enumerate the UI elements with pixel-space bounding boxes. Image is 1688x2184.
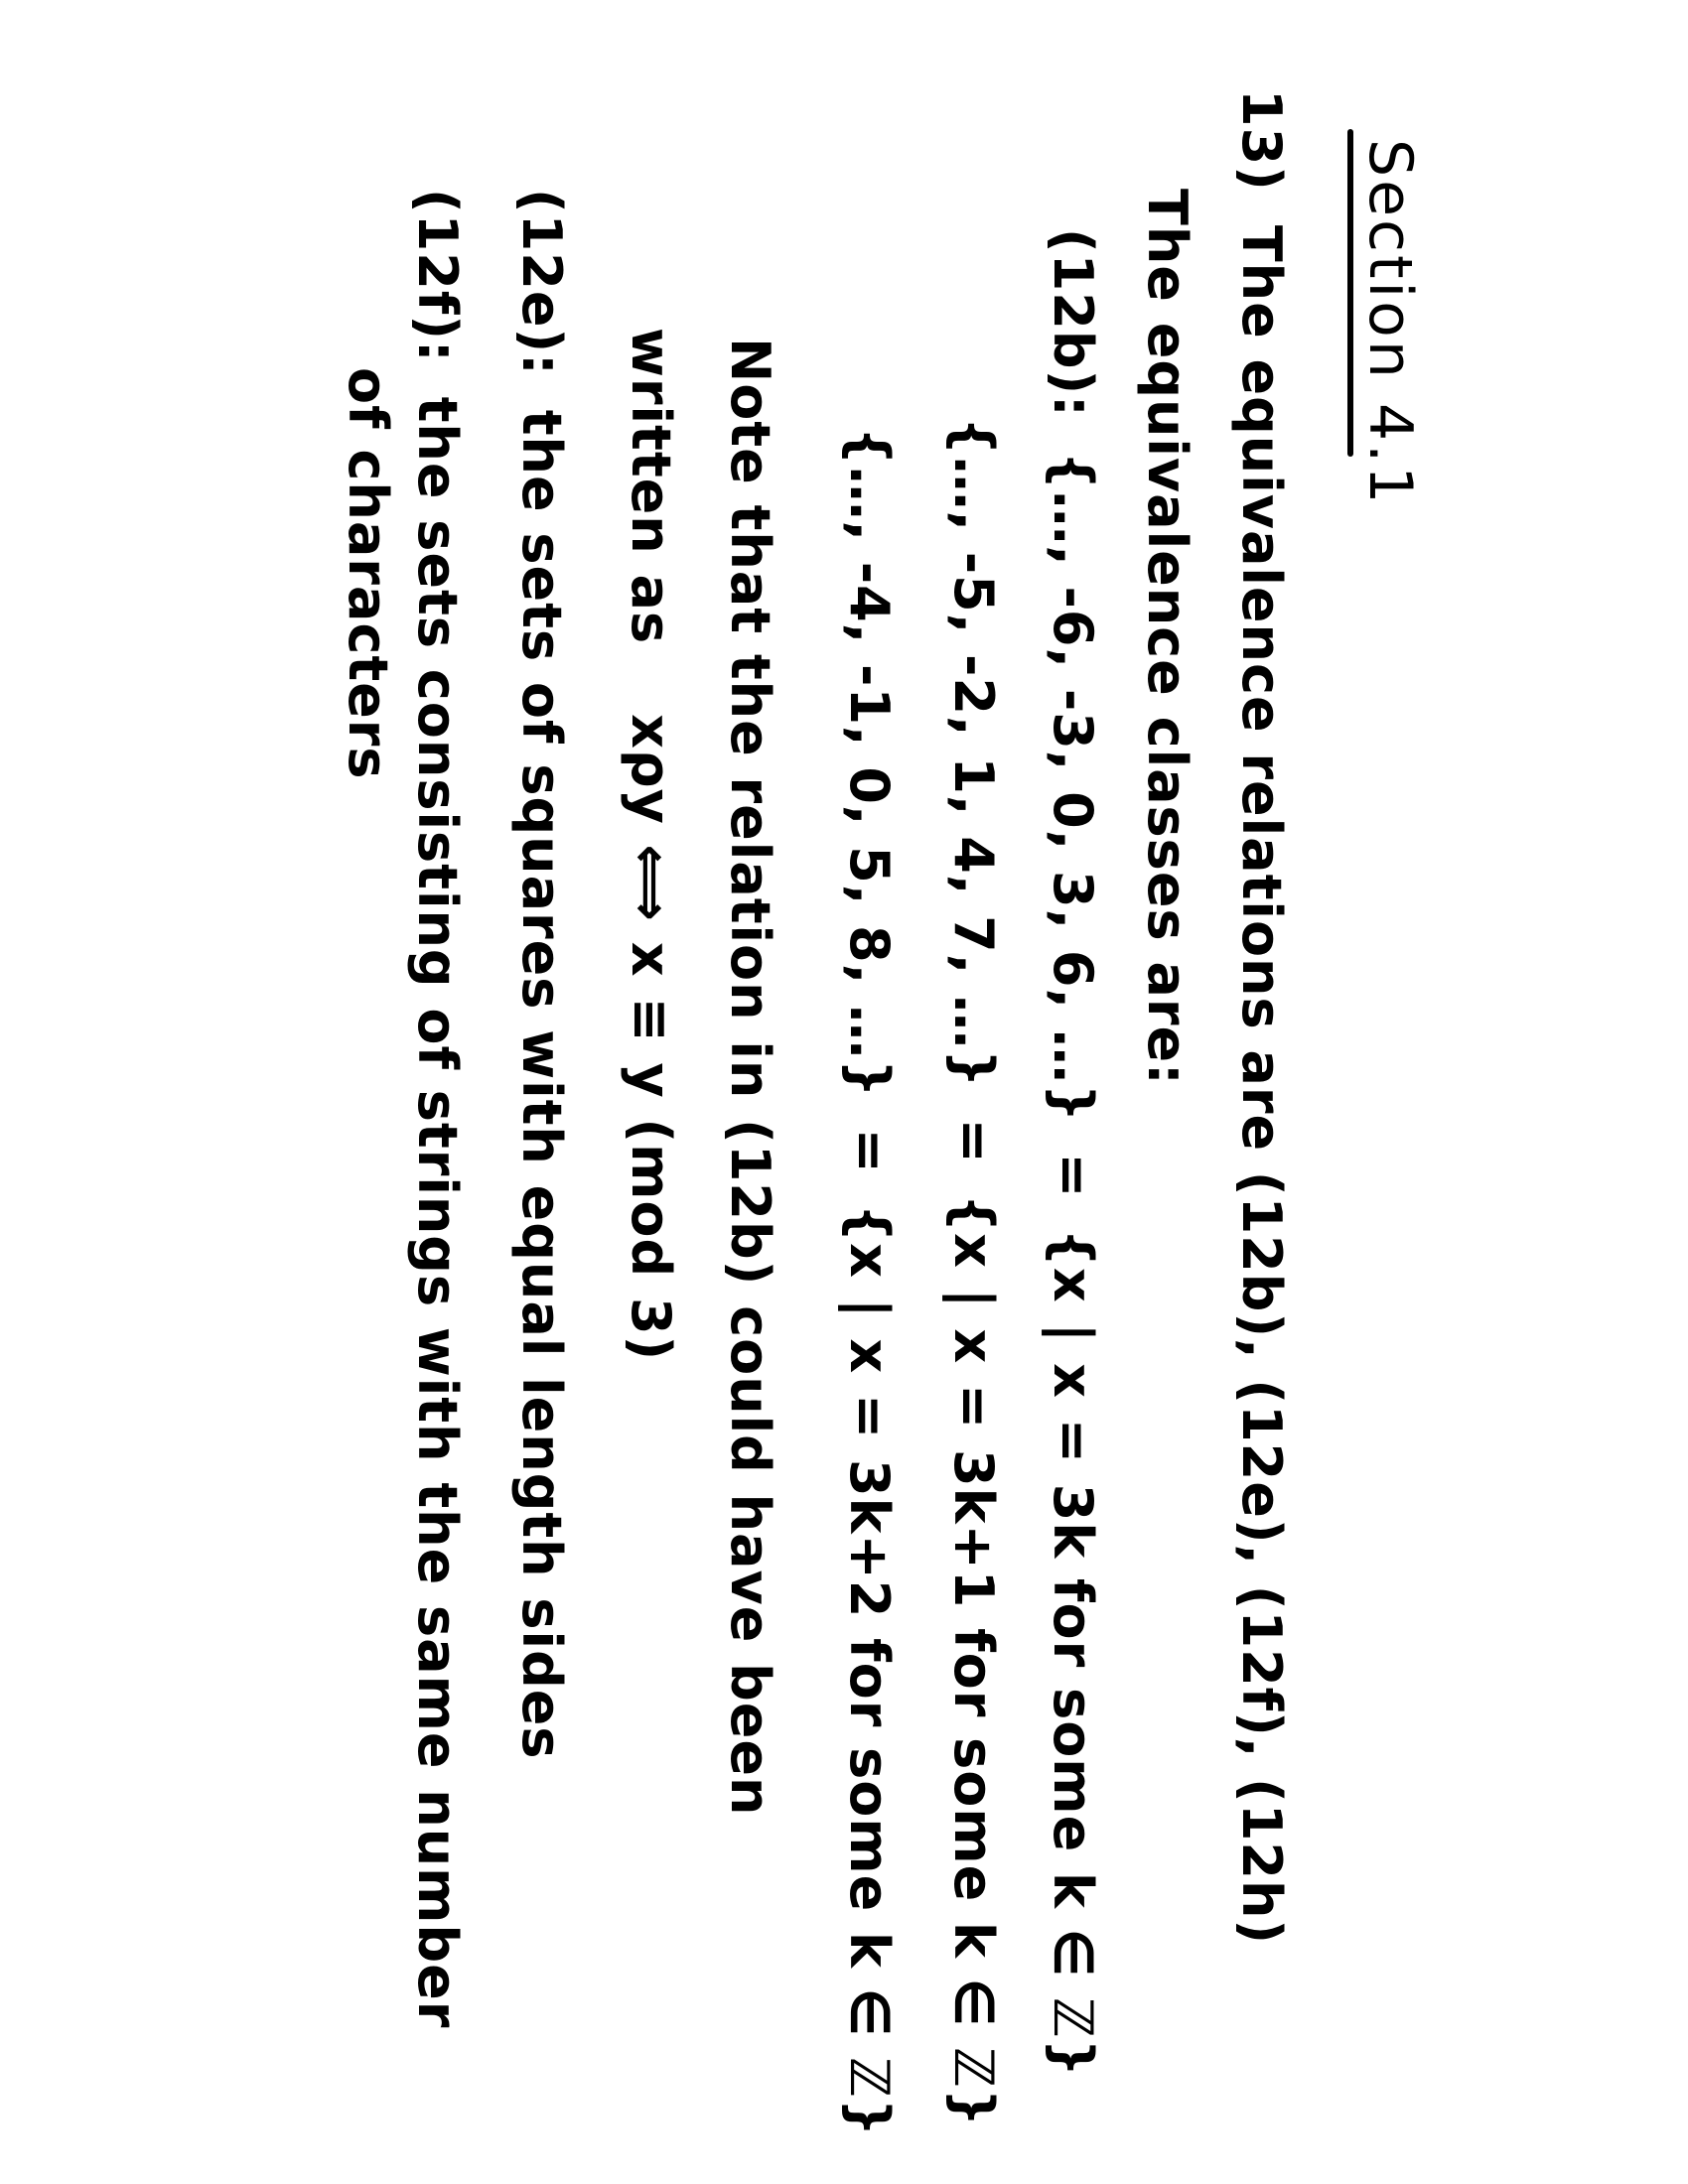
- problem-number: 13): [1230, 89, 1293, 192]
- class-equals-2: =: [942, 1118, 1005, 1163]
- part-12b-label: (12b):: [1042, 228, 1104, 418]
- class-set-3: {…, -4, -1, 0, 5, 8, …}: [838, 427, 901, 1098]
- part-12f-line-2: of characters: [336, 367, 399, 780]
- part-12f-label: (12f):: [406, 189, 469, 363]
- note-line-2: written asxρy ⟺ x ≡ y (mod 3): [619, 328, 682, 1361]
- part-12f-line-1: (12f):the sets consisting of strings wit…: [405, 189, 469, 2028]
- part-12e-label: (12e):: [510, 189, 573, 376]
- note-congruence-expression: xρy ⟺ x ≡ y (mod 3): [620, 714, 682, 1361]
- part-12e-text: the sets of squares with equal length si…: [510, 410, 573, 1760]
- class-row-2: {…, -5, -2, 1, 4, 7, …}={x | x = 3k+1 fo…: [941, 417, 1005, 2127]
- note-line-1: Note that the relation in (12b) could ha…: [718, 338, 781, 1816]
- class-builder-2: {x | x = 3k+1 for some k ∈ ℤ}: [942, 1194, 1005, 2127]
- class-builder-1: {x | x = 3k for some k ∈ ℤ}: [1042, 1228, 1104, 2078]
- part-12f-text-1: the sets consisting of strings with the …: [406, 397, 469, 2029]
- class-set-1: {…, -6, -3, 0, 3, 6, …}: [1042, 452, 1104, 1123]
- class-row-1: (12b):{…, -6, -3, 0, 3, 6, …}={x | x = 3…: [1041, 228, 1104, 2078]
- class-equals-3: =: [838, 1128, 901, 1173]
- handwritten-page: Section 4.1 13)The equivalence relations…: [0, 0, 1688, 2184]
- class-set-2: {…, -5, -2, 1, 4, 7, …}: [942, 417, 1005, 1088]
- class-builder-3: {x | x = 3k+2 for some k ∈ ℤ}: [838, 1204, 901, 2137]
- problem-13-intro: 13)The equivalence relations are (12b), …: [1229, 89, 1293, 1945]
- section-title-underline: [1347, 129, 1353, 457]
- problem-intro-text: The equivalence relations are (12b), (12…: [1230, 225, 1293, 1945]
- section-title: Section 4.1: [1358, 139, 1422, 506]
- class-equals-1: =: [1042, 1153, 1104, 1198]
- class-row-3: {…, -4, -1, 0, 5, 8, …}={x | x = 3k+2 fo…: [837, 427, 901, 2137]
- note-written-as: written as: [620, 328, 682, 644]
- part-12e: (12e):the sets of squares with equal len…: [509, 189, 573, 1760]
- classes-intro: The equivalence classes are:: [1135, 189, 1198, 1086]
